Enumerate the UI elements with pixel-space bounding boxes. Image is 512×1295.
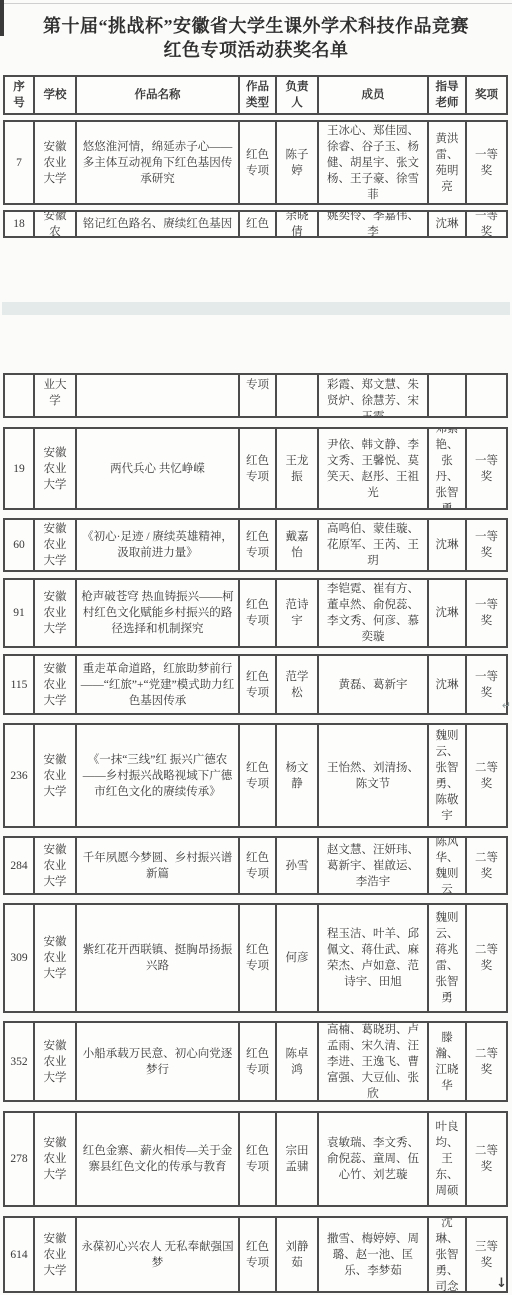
cell-members: 黄磊、葛新宇 [319, 656, 429, 713]
page-title: 第十届“挑战杯”安徽省大学生课外学术科技作品竞赛 红色专项活动获奖名单 [0, 14, 512, 62]
cell-school: 安徽农 [35, 212, 77, 236]
cell-advisor [429, 375, 467, 416]
table-row: 91 安徽农业大学 枪声破苍穹 热血铸振兴——柯村红色文化赋能乡村振兴的路径选择… [3, 578, 508, 648]
cell-no: 309 [5, 905, 35, 1011]
table-row: 614 安徽农业大学 永葆初心兴农人 无私奉献强国梦 红色专项 刘静茹 撒雪、梅… [3, 1216, 508, 1293]
cell-advisor: 魏则云、张智勇、陈敬宇 [429, 725, 467, 826]
header-leader: 负责人 [277, 77, 319, 113]
cell-advisor: 沈琳 [429, 656, 467, 713]
header-type: 作品类型 [240, 77, 277, 113]
cell-school: 安徽农业大学 [35, 580, 77, 646]
cell-members: 尹依、韩文静、李文秀、王馨悦、莫笑天、赵彤、王祖光 [319, 429, 429, 508]
cell-advisor: 滕瀚、江晓华 [429, 1023, 467, 1100]
cell-leader: 陈卓鸿 [277, 1023, 319, 1100]
cell-work: 《一抹“三线”红 振兴广德农——乡村振兴战略视域下广德市红色文化的赓续传承》 [77, 725, 240, 826]
cell-award: 二等奖 [467, 725, 506, 826]
cell-members: 撒雪、梅婷婷、周璐、赵一池、匡乐、李梦茹 [319, 1218, 429, 1291]
cell-advisor: 沈琳 [429, 212, 467, 236]
cell-leader: 孙雪 [277, 838, 319, 893]
cell-members: 高鸣伯、蒙佳璇、花原军、王芮、王玥 [319, 520, 429, 570]
table-row: 309 安徽农业大学 紫红花开西联镇、挺胸昂扬振兴路 红色专项 何彦 程玉洁、叶… [3, 903, 508, 1013]
table-row: 352 安徽农业大学 小船承载万民意、初心向党逐梦行 红色专项 陈卓鸿 高楠、葛… [3, 1021, 508, 1102]
cell-type: 红色专项 [240, 1218, 277, 1291]
cell-work: 悠悠淮河情，绵延赤子心——多主体互动视角下红色基因传承研究 [77, 122, 240, 203]
cell-award: 一等奖 [467, 212, 506, 236]
page-top-edge [0, 3, 512, 4]
cell-leader: 王龙振 [277, 429, 319, 508]
cell-members: 赵文慧、汪妍玮、葛新宇、崔啟运、李浩宇 [319, 838, 429, 893]
cell-type: 红色专项 [240, 1113, 277, 1205]
cell-type: 红色专项 [240, 520, 277, 570]
cell-type: 红色 [240, 212, 277, 236]
cell-no: 236 [5, 725, 35, 826]
cell-award: 一等奖 [467, 656, 506, 713]
cell-work: 小船承载万民意、初心向党逐梦行 [77, 1023, 240, 1100]
cell-school: 安徽农业大学 [35, 725, 77, 826]
cell-award: 二等奖 [467, 838, 506, 893]
cell-work: 《初心·足迹 / 赓续英雄精神，汲取前进力量》 [77, 520, 240, 570]
cell-type: 红色专项 [240, 905, 277, 1011]
cell-type: 红色专项 [240, 838, 277, 893]
cell-advisor: 黄洪雷、苑明亮 [429, 122, 467, 203]
cell-leader [277, 375, 319, 416]
cell-no: 115 [5, 656, 35, 713]
table-row: 60 安徽农业大学 《初心·足迹 / 赓续英雄精神，汲取前进力量》 红色专项 戴… [3, 518, 508, 572]
cell-members: 王怡然、刘清扬、陈文节 [319, 725, 429, 826]
cell-leader: 范学松 [277, 656, 319, 713]
cell-members: 袁敏瑞、李文秀、俞倪蕊、童周、伍心竹、刘艺璇 [319, 1113, 429, 1205]
table-header-row: 序号 学校 作品名称 作品类型 负责人 成员 指导老师 奖项 [3, 75, 508, 115]
cell-no: 284 [5, 838, 35, 893]
cell-work: 千年夙愿今梦圆、乡村振兴谱新篇 [77, 838, 240, 893]
cell-school: 安徽农业大学 [35, 905, 77, 1011]
cell-type: 红色专项 [240, 429, 277, 508]
table-row: 18 安徽农 铭记红色路名、赓续红色基因 红色 余晓倩 姚奕伶、季嘉伟、李 沈琳… [3, 210, 508, 238]
cell-school: 安徽农业大学 [35, 1113, 77, 1205]
cell-type: 红色专项 [240, 580, 277, 646]
down-arrow-mark: ↓ [496, 1276, 507, 1291]
cell-members: 程玉洁、叶羊、邱佩文、蒋仕武、麻荣杰、卢如意、范诗宇、田旭 [319, 905, 429, 1011]
cell-work: 永葆初心兴农人 无私奉献强国梦 [77, 1218, 240, 1291]
cell-no: 19 [5, 429, 35, 508]
cell-no: 278 [5, 1113, 35, 1205]
cell-award: 二等奖 [467, 1113, 506, 1205]
cell-no: 18 [5, 212, 35, 236]
table-row: 7 安徽农业大学 悠悠淮河情，绵延赤子心——多主体互动视角下红色基因传承研究 红… [3, 120, 508, 205]
cell-school: 安徽农业大学 [35, 1023, 77, 1100]
cell-members: 高楠、葛晓玥、卢孟雨、宋久清、汪李进、王逸飞、曹富强、大豆仙、张欣 [319, 1023, 429, 1100]
cell-type: 红色专项 [240, 122, 277, 203]
cell-leader: 刘静茹 [277, 1218, 319, 1291]
cell-no: 352 [5, 1023, 35, 1100]
cell-advisor: 魏则云、蒋兆雷、张智勇 [429, 905, 467, 1011]
header-no: 序号 [5, 77, 35, 113]
page-break-divider [2, 302, 510, 315]
cell-leader: 宗田孟骕 [277, 1113, 319, 1205]
header-school: 学校 [35, 77, 77, 113]
cell-award: 一等奖 [467, 580, 506, 646]
cell-work [77, 375, 240, 416]
cell-school: 安徽农业大学 [35, 838, 77, 893]
cell-members: 彩霞、郑文慧、朱贤炉、徐慧芳、宋玉霞 [319, 375, 429, 416]
cell-award [467, 375, 506, 416]
cell-work: 紫红花开西联镇、挺胸昂扬振兴路 [77, 905, 240, 1011]
title-line-1: 第十届“挑战杯”安徽省大学生课外学术科技作品竞赛 [43, 16, 469, 36]
cell-work: 红色金寨、薪火相传—关于金寨县红色文化的传承与教育 [77, 1113, 240, 1205]
cell-award: 一等奖 [467, 520, 506, 570]
cell-award: 二等奖 [467, 1023, 506, 1100]
cell-award: 二等奖 [467, 905, 506, 1011]
cell-no: 60 [5, 520, 35, 570]
cell-members: 李铠霓、崔有方、董卓然、俞倪蕊、李文秀、何彦、慕奕璇 [319, 580, 429, 646]
cell-school: 安徽农业大学 [35, 656, 77, 713]
cell-school: 安徽农业大学 [35, 1218, 77, 1291]
cell-school: 安徽农业大学 [35, 122, 77, 203]
table-row: 278 安徽农业大学 红色金寨、薪火相传—关于金寨县红色文化的传承与教育 红色专… [3, 1111, 508, 1207]
table-row-continuation: 业大学 专项 彩霞、郑文慧、朱贤炉、徐慧芳、宋玉霞 [3, 373, 508, 418]
table-row: 115 安徽农业大学 重走革命道路，红旅助梦前行——“红旅”+“党建”模式助力红… [3, 654, 508, 715]
cell-work: 重走革命道路，红旅助梦前行——“红旅”+“党建”模式助力红色基因传承 [77, 656, 240, 713]
cell-advisor: 陈风华、魏则云 [429, 838, 467, 893]
title-line-2: 红色专项活动获奖名单 [164, 40, 349, 60]
cell-no [5, 375, 35, 416]
cell-no: 7 [5, 122, 35, 203]
cell-leader: 何彦 [277, 905, 319, 1011]
table-row: 19 安徽农业大学 两代兵心 共忆峥嵘 红色专项 王龙振 尹依、韩文静、李文秀、… [3, 427, 508, 510]
header-award: 奖项 [467, 77, 506, 113]
cell-advisor: 沈琳 [429, 580, 467, 646]
cell-school: 安徽农业大学 [35, 520, 77, 570]
cell-leader: 陈子婷 [277, 122, 319, 203]
document-page: 第十届“挑战杯”安徽省大学生课外学术科技作品竞赛 红色专项活动获奖名单 序号 学… [0, 0, 512, 1295]
cell-advisor: 沈琳 [429, 520, 467, 570]
cell-work: 枪声破苍穹 热血铸振兴——柯村红色文化赋能乡村振兴的路径选择和机制探究 [77, 580, 240, 646]
return-mark: ↵ [502, 699, 511, 712]
cell-leader: 戴嘉怡 [277, 520, 319, 570]
header-work: 作品名称 [77, 77, 240, 113]
cell-type: 红色专项 [240, 656, 277, 713]
cell-leader: 杨文静 [277, 725, 319, 826]
header-advisor: 指导老师 [429, 77, 467, 113]
cell-school: 业大学 [35, 375, 77, 416]
cell-type: 红色专项 [240, 1023, 277, 1100]
cell-award: 一等奖 [467, 122, 506, 203]
table-row: 236 安徽农业大学 《一抹“三线”红 振兴广德农——乡村振兴战略视域下广德市红… [3, 723, 508, 828]
cell-type: 红色专项 [240, 725, 277, 826]
cell-leader: 范诗宇 [277, 580, 319, 646]
cell-advisor: 叶良均、王东、周硕 [429, 1113, 467, 1205]
cell-no: 614 [5, 1218, 35, 1291]
cell-work: 铭记红色路名、赓续红色基因 [77, 212, 240, 236]
cell-no: 91 [5, 580, 35, 646]
cell-school: 安徽农业大学 [35, 429, 77, 508]
header-members: 成员 [319, 77, 429, 113]
cell-members: 王冰心、郑佳园、徐睿、谷子玉、杨健、胡星宇、张文杨、王子豪、徐雪菲 [319, 122, 429, 203]
cell-award: 一等奖 [467, 429, 506, 508]
cell-members: 姚奕伶、季嘉伟、李 [319, 212, 429, 236]
cell-type: 专项 [240, 375, 277, 416]
cell-advisor: 邓紫艳、张丹、张智勇 [429, 429, 467, 508]
table-row: 284 安徽农业大学 千年夙愿今梦圆、乡村振兴谱新篇 红色专项 孙雪 赵文慧、汪… [3, 836, 508, 895]
cell-work: 两代兵心 共忆峥嵘 [77, 429, 240, 508]
cell-leader: 余晓倩 [277, 212, 319, 236]
cell-advisor: 沈琳、张智勇、司念 [429, 1218, 467, 1291]
